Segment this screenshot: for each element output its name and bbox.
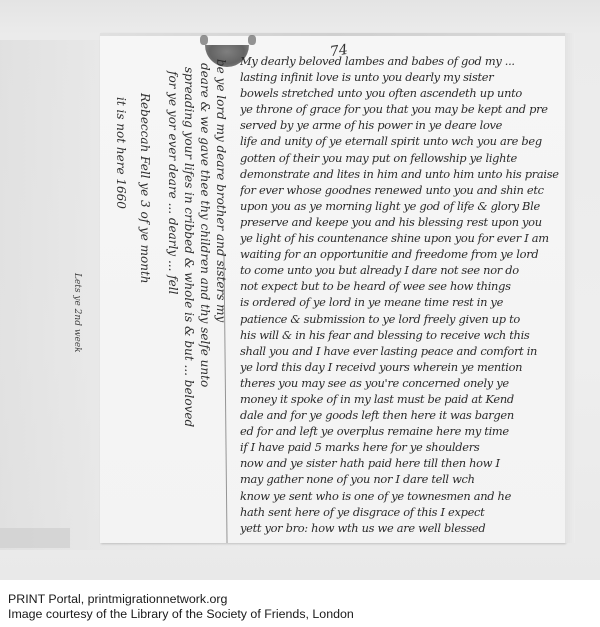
manuscript-line: for ever whose goodnes renewed unto you … (240, 182, 560, 198)
manuscript-line: patience & submission to ye lord freely … (240, 311, 560, 327)
manuscript-line: his will & in his fear and blessing to r… (240, 327, 560, 343)
scan-shadow (0, 528, 70, 548)
manuscript-line: now and ye sister hath paid here till th… (240, 455, 560, 471)
manuscript-line: bowels stretched unto you often ascendet… (240, 85, 560, 101)
manuscript-scan: 74 My dearly beloved lambes and babes of… (0, 0, 600, 580)
side-column-1: be ye lord my deare brother and sisters … (214, 59, 228, 322)
manuscript-line: if I have paid 5 marks here for ye shoul… (240, 439, 560, 455)
manuscript-line: not expect but to be heard of wee see ho… (240, 278, 560, 294)
side-column-3: spreading your lifes in cribbed & whole … (182, 67, 196, 427)
manuscript-line: is ordered of ye lord in ye meane time r… (240, 294, 560, 310)
manuscript-line: know ye sent who is one of ye townesmen … (240, 488, 560, 504)
caption-credit: Image courtesy of the Library of the Soc… (8, 607, 354, 622)
manuscript-line: to come unto you but already I dare not … (240, 262, 560, 278)
page-right-edge (565, 33, 575, 543)
manuscript-line: ye throne of grace for you that you may … (240, 101, 560, 117)
manuscript-line: yett yor bro: how wth us we are well ble… (240, 520, 560, 536)
manuscript-line: money it spoke of in my last must be pai… (240, 391, 560, 407)
docket-note: Lets ye 2nd week (72, 273, 82, 353)
manuscript-line: demonstrate and lites in him and unto hi… (240, 166, 560, 182)
letter-body: My dearly beloved lambes and babes of go… (240, 53, 560, 536)
manuscript-line: ed for and left ye overplus remaine here… (240, 423, 560, 439)
side-column-date-line: Rebeccah Fell ye 3 of ye month (138, 93, 152, 284)
letter-page: 74 My dearly beloved lambes and babes of… (100, 33, 565, 543)
manuscript-line: may gather none of you nor I dare tell w… (240, 471, 560, 487)
page-top-edge (100, 33, 565, 36)
side-column-year-line: it is not here 1660 (114, 97, 128, 209)
manuscript-line: lasting infinit love is unto you dearly … (240, 69, 560, 85)
side-column-4: for ye yor ever deare ... dearly ... fel… (166, 71, 180, 294)
manuscript-line: ye light of his countenance shine upon y… (240, 230, 560, 246)
manuscript-line: life and unity of ye eternall spirit unt… (240, 133, 560, 149)
manuscript-line: shall you and I have ever lasting peace … (240, 343, 560, 359)
manuscript-line: waiting for an opportunitie and freedome… (240, 246, 560, 262)
seal-mark-right (248, 35, 256, 45)
image-caption: PRINT Portal, printmigrationnetwork.org … (8, 592, 354, 621)
manuscript-line: preserve and keepe you and his blessing … (240, 214, 560, 230)
manuscript-line: theres you may see as you're concerned o… (240, 375, 560, 391)
manuscript-line: gotten of their you may put on fellowshi… (240, 150, 560, 166)
manuscript-line: dale and for ye goods left then here it … (240, 407, 560, 423)
manuscript-line: My dearly beloved lambes and babes of go… (240, 53, 560, 69)
manuscript-line: served by ye arme of his power in ye dea… (240, 117, 560, 133)
manuscript-line: hath sent here of ye disgrace of this I … (240, 504, 560, 520)
seal-mark-left (200, 35, 208, 45)
caption-source: PRINT Portal, printmigrationnetwork.org (8, 592, 354, 607)
manuscript-line: upon you as ye morning light ye god of l… (240, 198, 560, 214)
side-column-2: deare & we gave thee thy children and th… (198, 63, 212, 387)
manuscript-line: ye lord this day I receivd yours wherein… (240, 359, 560, 375)
